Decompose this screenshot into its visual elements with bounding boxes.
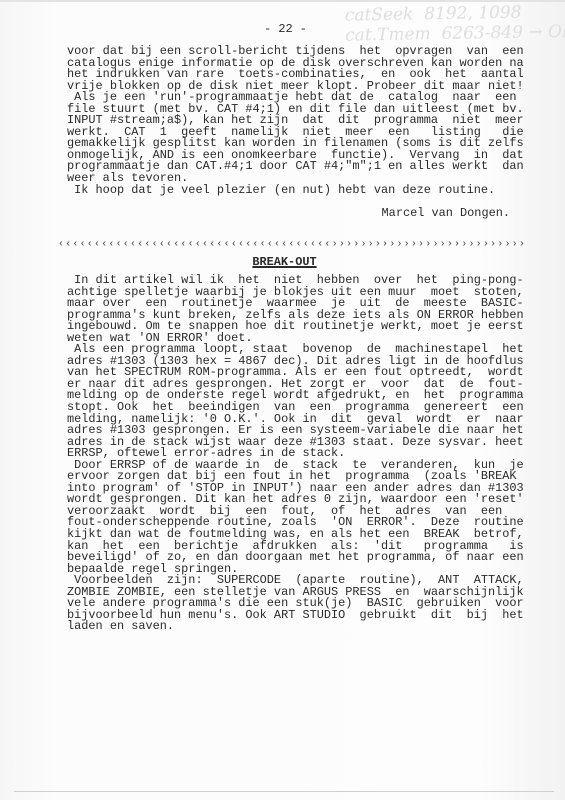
page-top-edge <box>0 0 565 2</box>
scanned-page: catSeek 8192, 1098 cat.Tmem 6263-849 → O… <box>0 0 565 800</box>
page-number: - 22 - <box>0 22 565 36</box>
article-title: BREAK-OUT <box>0 255 565 269</box>
text-line: Ik hoop dat je veel plezier (en nut) heb… <box>67 185 513 197</box>
continuation-text: voor dat bij een scroll-bericht tijdens … <box>67 46 513 196</box>
author-signature: Marcel van Dongen. <box>67 206 510 220</box>
text-line: laden en saven. <box>67 621 513 633</box>
article-body: In dit artikel wil ik het niet hebben ov… <box>67 275 513 633</box>
section-divider: ‹‹‹‹‹‹‹‹‹‹‹‹‹‹‹‹‹‹‹‹‹‹‹‹‹‹‹‹‹‹‹‹‹‹‹‹‹‹››… <box>58 239 528 251</box>
page-bottom-edge <box>14 791 554 792</box>
